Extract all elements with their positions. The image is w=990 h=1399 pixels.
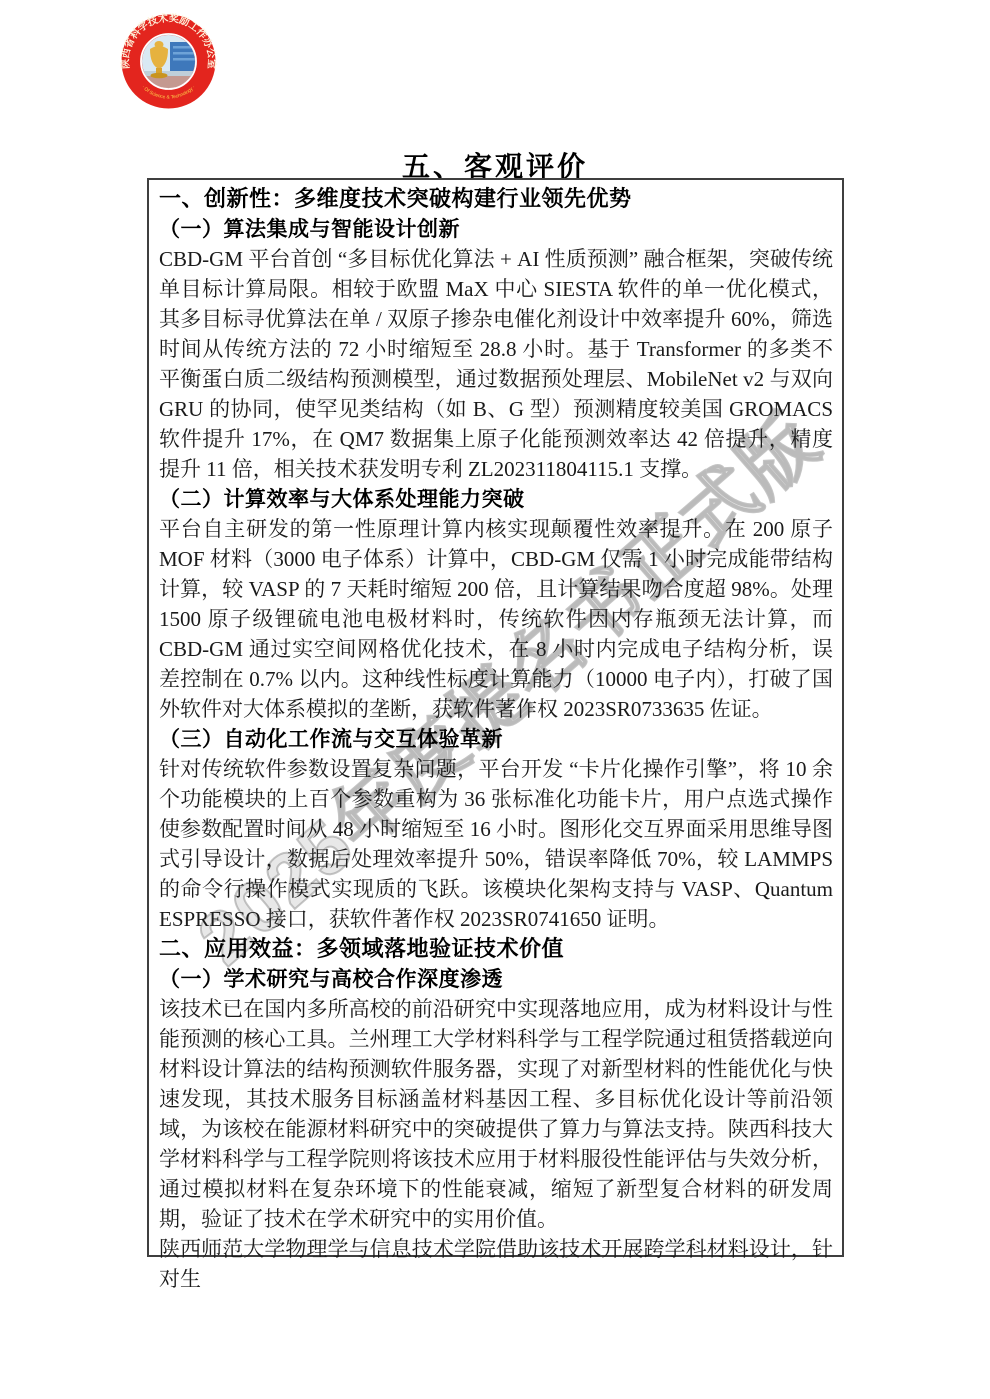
- official-seal: 陕西省科学技术奖励工作办公室 · Of Science & Technology…: [120, 13, 217, 110]
- subsection-heading-workflow: （三）自动化工作流与交互体验革新: [159, 724, 833, 754]
- page: { "page": { "title": "五、客观评价" }, "seal":…: [0, 0, 990, 1399]
- subsection-heading-algorithm: （一）算法集成与智能设计创新: [159, 214, 833, 244]
- evaluation-box: 一、创新性：多维度技术突破构建行业领先优势 （一）算法集成与智能设计创新 CBD…: [147, 178, 844, 1257]
- paragraph-workflow: 针对传统软件参数设置复杂问题，平台开发 “卡片化操作引擎”，将 10 余个功能模…: [159, 754, 833, 934]
- subsection-heading-efficiency: （二）计算效率与大体系处理能力突破: [159, 484, 833, 514]
- paragraph-shaanxi-normal: 陕西师范大学物理学与信息技术学院借助该技术开展跨学科材料设计，针对生: [159, 1234, 833, 1294]
- paragraph-efficiency: 平台自主研发的第一性原理计算内核实现颠覆性效率提升。在 200 原子 MOF 材…: [159, 514, 833, 724]
- paragraph-algorithm: CBD-GM 平台首创 “多目标优化算法 + AI 性质预测” 融合框架，突破传…: [159, 244, 833, 484]
- section-heading-innovation: 一、创新性：多维度技术突破构建行业领先优势: [159, 184, 833, 214]
- trophy-base: [151, 73, 168, 79]
- paragraph-academic: 该技术已在国内多所高校的前沿研究中实现落地应用，成为材料设计与性能预测的核心工具…: [159, 994, 833, 1234]
- subsection-heading-academic: （一）学术研究与高校合作深度渗透: [159, 964, 833, 994]
- section-heading-application: 二、应用效益：多领域落地验证技术价值: [159, 934, 833, 964]
- seal-graphic: 陕西省科学技术奖励工作办公室 · Of Science & Technology…: [120, 13, 217, 110]
